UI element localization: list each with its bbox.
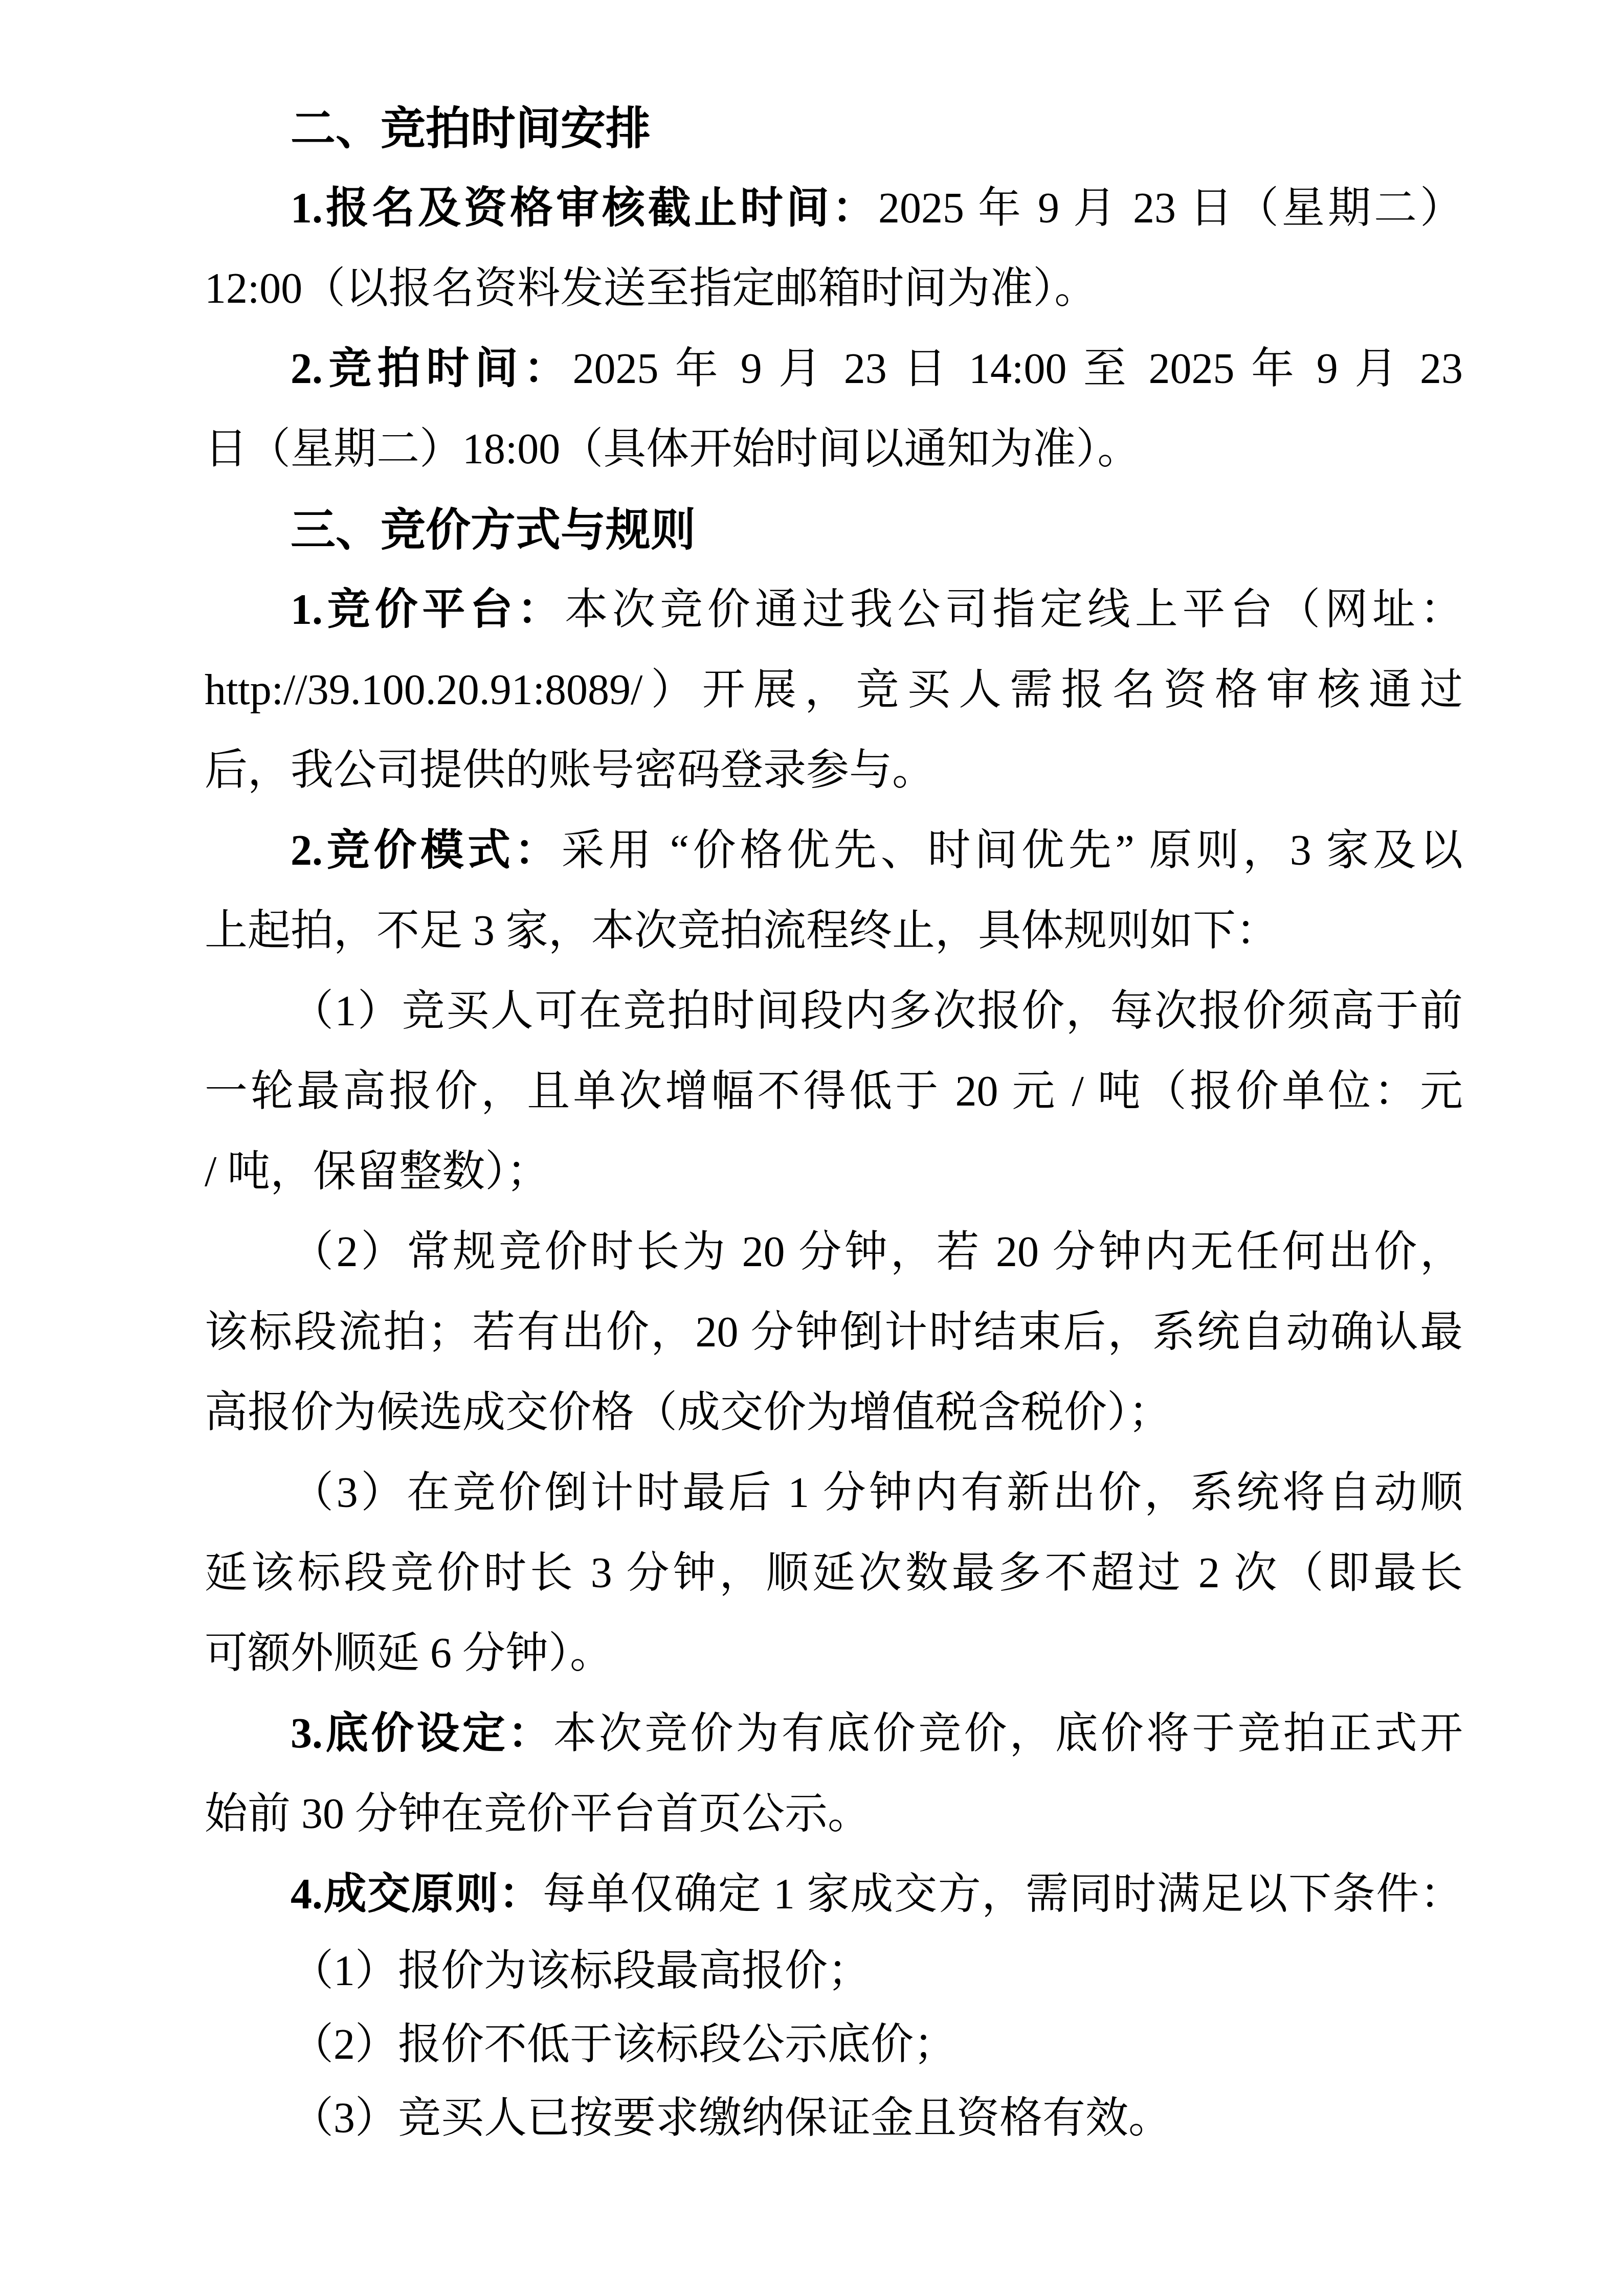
doc-line: http://39.100.20.91:8089/）开展，竞买人需报名资格审核通… [205, 650, 1463, 730]
doc-line: 该标段流拍；若有出价，20 分钟倒计时结束后，系统自动确认最 [205, 1292, 1463, 1372]
doc-line: 始前 30 分钟在竞价平台首页公示。 [205, 1774, 1463, 1854]
line-text: 2025 年 9 月 23 日 14:00 至 2025 年 9 月 23 [572, 345, 1463, 393]
doc-line: 4.成交原则：每单仅确定 1 家成交方，需同时满足以下条件： [205, 1854, 1463, 1934]
line-text: 每单仅确定 1 家成交方，需同时满足以下条件： [543, 1871, 1463, 1918]
line-text: 延该标段竞价时长 3 分钟，顺延次数最多不超过 2 次（即最长 [205, 1549, 1463, 1597]
line-text: 本次竞价通过我公司指定线上平台（网址： [565, 586, 1463, 634]
doc-line: 1.报名及资格审核截止时间：2025 年 9 月 23 日（星期二） [205, 168, 1463, 249]
line-text: / 吨，保留整数）； [205, 1148, 549, 1196]
bold-label: 4.成交原则： [291, 1871, 543, 1918]
section-heading: 三、竞价方式与规则 [205, 489, 1463, 570]
bold-label: 1.竞价平台： [291, 586, 565, 634]
bold-label: 2.竞价模式： [291, 827, 561, 874]
line-text: 2025 年 9 月 23 日（星期二） [878, 185, 1463, 232]
line-text: 采用 “价格优先、时间优先” 原则，3 家及以 [561, 827, 1463, 874]
doc-line: 2.竞拍时间：2025 年 9 月 23 日 14:00 至 2025 年 9 … [205, 329, 1463, 409]
doc-line: / 吨，保留整数）； [205, 1132, 1463, 1212]
doc-line: （1）报价为该标段最高报价； [205, 1934, 1463, 2008]
doc-line: （2）常规竞价时长为 20 分钟，若 20 分钟内无任何出价， [205, 1212, 1463, 1292]
line-text: 高报价为候选成交价格（成交价为增值税含税价）； [205, 1389, 1171, 1436]
doc-line: 2.竞价模式：采用 “价格优先、时间优先” 原则，3 家及以 [205, 811, 1463, 891]
line-text: http://39.100.20.91:8089/）开展，竞买人需报名资格审核通… [205, 666, 1463, 714]
line-text: （3）竞买人已按要求缴纳保证金且资格有效。 [291, 2095, 1171, 2142]
heading-text: 三、竞价方式与规则 [291, 504, 696, 555]
doc-line: 后，我公司提供的账号密码登录参与。 [205, 730, 1463, 811]
doc-line: 高报价为候选成交价格（成交价为增值税含税价）； [205, 1372, 1463, 1453]
heading-text: 二、竞拍时间安排 [291, 103, 651, 153]
line-text: 日（星期二）18:00（具体开始时间以通知为准）。 [205, 425, 1140, 473]
bold-label: 3.底价设定： [291, 1710, 553, 1758]
line-text: 上起拍，不足 3 家，本次竞拍流程终止，具体规则如下： [205, 907, 1279, 955]
doc-line: 上起拍，不足 3 家，本次竞拍流程终止，具体规则如下： [205, 891, 1463, 971]
bold-label: 1.报名及资格审核截止时间： [291, 185, 878, 232]
doc-line: 12:00（以报名资料发送至指定邮箱时间为准）。 [205, 249, 1463, 329]
doc-line: 延该标段竞价时长 3 分钟，顺延次数最多不超过 2 次（即最长 [205, 1533, 1463, 1613]
line-text: 12:00（以报名资料发送至指定邮箱时间为准）。 [205, 265, 1097, 312]
section-heading: 二、竞拍时间安排 [205, 88, 1463, 168]
doc-line: 3.底价设定：本次竞价为有底价竞价，底价将于竞拍正式开 [205, 1694, 1463, 1774]
doc-line: （3）在竞价倒计时最后 1 分钟内有新出价，系统将自动顺 [205, 1453, 1463, 1533]
line-text: （3）在竞价倒计时最后 1 分钟内有新出价，系统将自动顺 [291, 1469, 1463, 1517]
line-text: 本次竞价为有底价竞价，底价将于竞拍正式开 [553, 1710, 1463, 1758]
line-text: （1）竞买人可在竞拍时间段内多次报价，每次报价须高于前 [291, 987, 1463, 1035]
line-text: （1）报价为该标段最高报价； [291, 1947, 871, 1995]
line-text: （2）报价不低于该标段公示底价； [291, 2021, 956, 2068]
line-text: （2）常规竞价时长为 20 分钟，若 20 分钟内无任何出价， [291, 1228, 1463, 1276]
document-body: 二、竞拍时间安排 1.报名及资格审核截止时间：2025 年 9 月 23 日（星… [205, 88, 1463, 2155]
doc-line: 一轮最高报价，且单次增幅不得低于 20 元 / 吨（报价单位：元 [205, 1051, 1463, 1132]
doc-line: 日（星期二）18:00（具体开始时间以通知为准）。 [205, 409, 1463, 489]
doc-line: （3）竞买人已按要求缴纳保证金且资格有效。 [205, 2082, 1463, 2155]
line-text: 一轮最高报价，且单次增幅不得低于 20 元 / 吨（报价单位：元 [205, 1068, 1463, 1115]
line-text: 始前 30 分钟在竞价平台首页公示。 [205, 1790, 871, 1838]
doc-line: （2）报价不低于该标段公示底价； [205, 2008, 1463, 2082]
line-text: 该标段流拍；若有出价，20 分钟倒计时结束后，系统自动确认最 [205, 1309, 1463, 1356]
line-text: 可额外顺延 6 分钟）。 [205, 1630, 613, 1677]
line-text: 后，我公司提供的账号密码登录参与。 [205, 747, 935, 794]
document-page: 二、竞拍时间安排 1.报名及资格审核截止时间：2025 年 9 月 23 日（星… [0, 0, 1624, 2296]
bold-label: 2.竞拍时间： [291, 345, 572, 393]
doc-line: （1）竞买人可在竞拍时间段内多次报价，每次报价须高于前 [205, 971, 1463, 1051]
doc-line: 1.竞价平台：本次竞价通过我公司指定线上平台（网址： [205, 570, 1463, 650]
doc-line: 可额外顺延 6 分钟）。 [205, 1613, 1463, 1694]
